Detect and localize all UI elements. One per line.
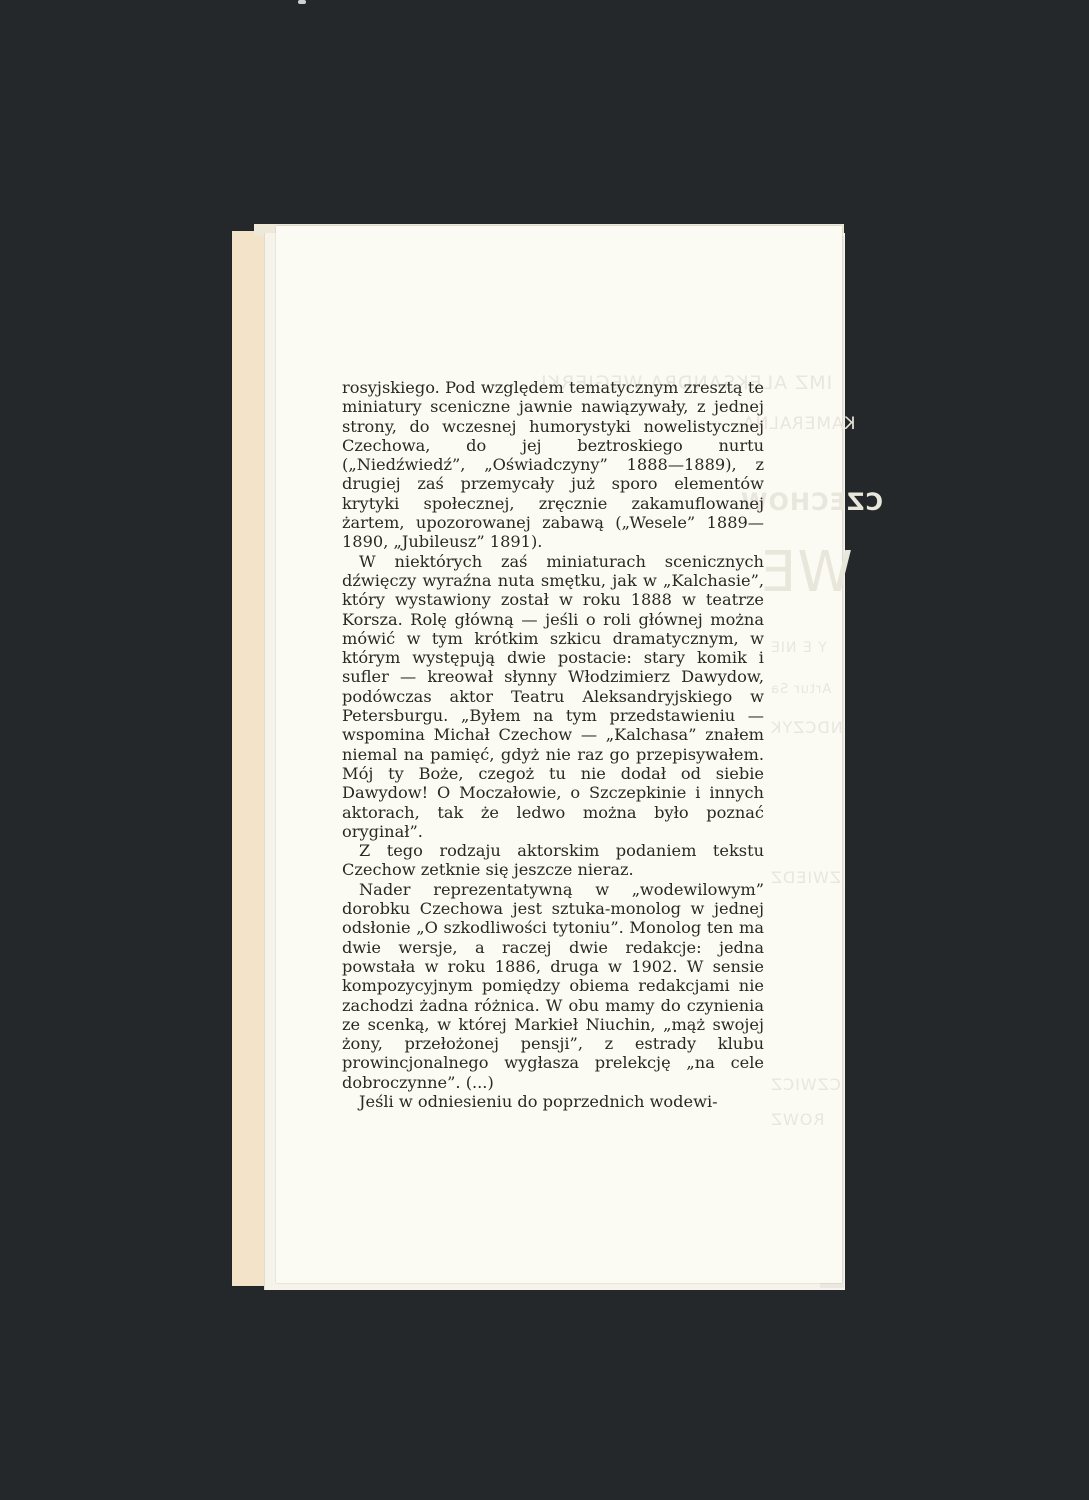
bleed-through-line: Artur Sa [770,682,831,697]
bleed-through-line: Y E NIE [770,640,827,656]
paragraph-1: rosyjskiego. Pod względem tematycznym zr… [342,378,764,552]
body-text: rosyjskiego. Pod względem tematycznym zr… [342,378,764,1111]
paragraph-3: Z tego rodzaju aktorskim podaniem tekstu… [342,841,764,880]
paragraph-2: W niektórych zaś miniaturach scenicznych… [342,552,764,841]
bleed-through-line: WE [760,540,853,605]
dust-speck [298,0,306,4]
bleed-through-line: ZWIEDZ [770,868,841,887]
bleed-through-line: CZWICZ [770,1075,841,1094]
paragraph-5: Jeśli w odniesieniu do poprzednich wodew… [342,1092,764,1111]
bleed-through-line: NDCZYK [770,718,843,737]
paragraph-4: Nader reprezentatywną w „wodewilowym” do… [342,880,764,1092]
bleed-through-line: ROWZ [770,1110,825,1129]
